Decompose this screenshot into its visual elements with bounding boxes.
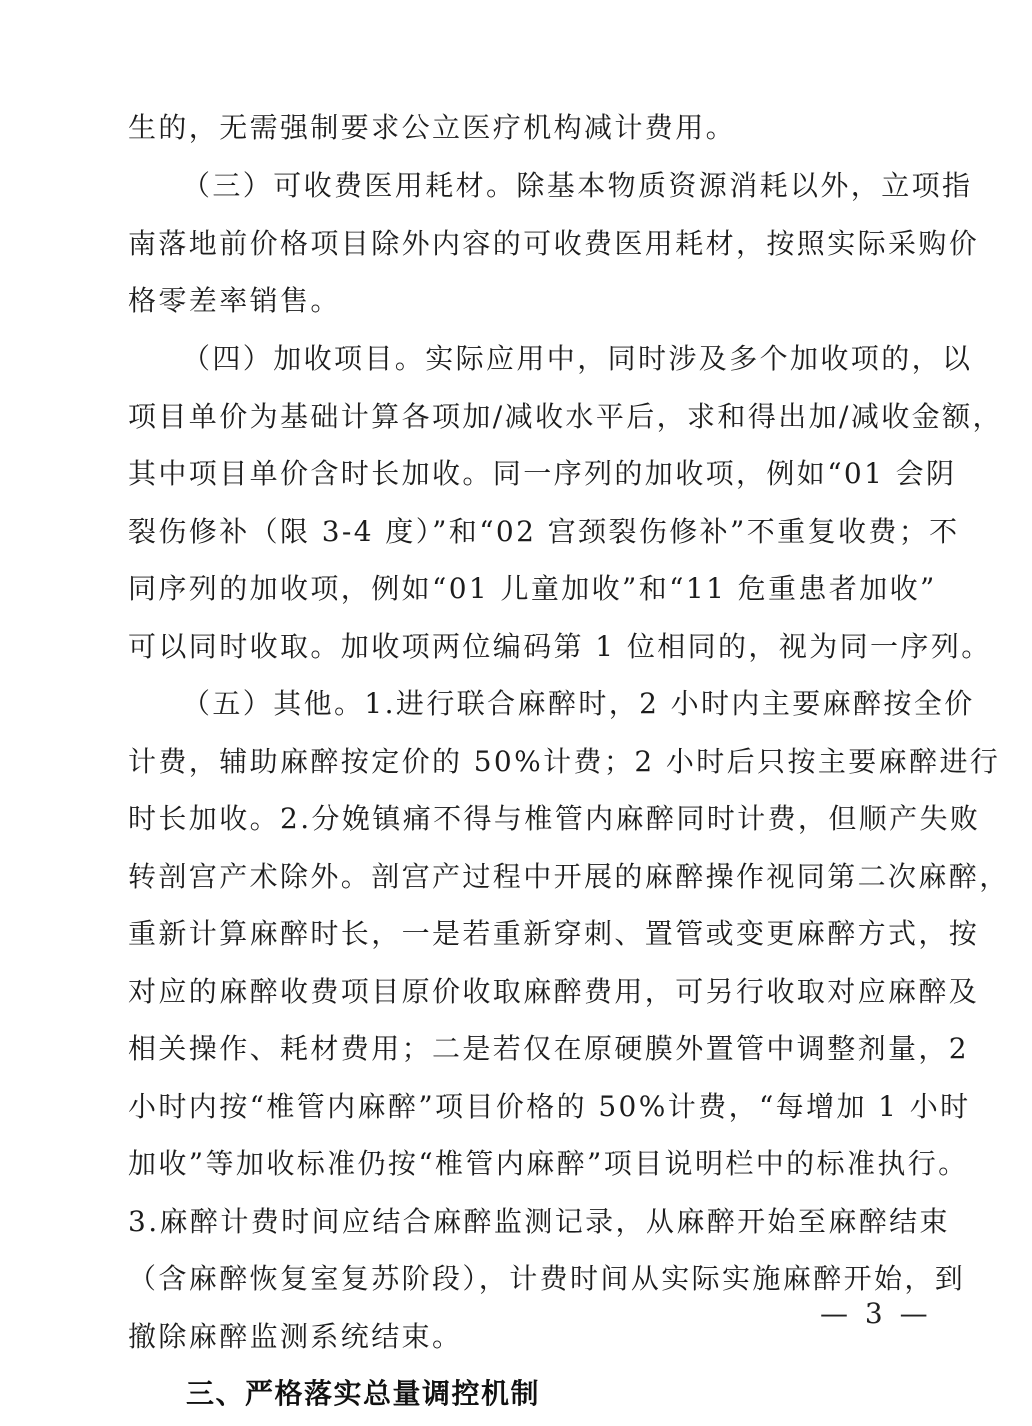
document-page: 生的，无需强制要求公立医疗机构减计费用。 （三）可收费医用耗材。除基本物质资源消…	[0, 0, 1032, 1426]
paragraph-line-item-4-heading: （四）加收项目。实际应用中，同时涉及多个加收项的，以	[182, 337, 982, 381]
paragraph-line: 项目单价为基础计算各项加/减收水平后，求和得出加/减收金额，	[128, 395, 928, 439]
paragraph-line: 撤除麻醉监测系统结束。	[128, 1315, 928, 1359]
paragraph-line: 加收”等加收标准仍按“椎管内麻醉”项目说明栏中的标准执行。	[128, 1142, 928, 1186]
paragraph-line: 计费，辅助麻醉按定价的 50%计费；2 小时后只按主要麻醉进行	[128, 740, 928, 784]
paragraph-line: 南落地前价格项目除外内容的可收费医用耗材，按照实际采购价	[128, 222, 928, 266]
paragraph-line: 小时内按“椎管内麻醉”项目价格的 50%计费，“每增加 1 小时	[128, 1085, 928, 1129]
paragraph-line: 转剖宫产术除外。剖宫产过程中开展的麻醉操作视同第二次麻醉，	[128, 855, 928, 899]
paragraph-line: 生的，无需强制要求公立医疗机构减计费用。	[128, 106, 928, 150]
paragraph-line: （含麻醉恢复室复苏阶段），计费时间从实际实施麻醉开始，到	[128, 1257, 928, 1301]
paragraph-line: 3.麻醉计费时间应结合麻醉监测记录，从麻醉开始至麻醉结束	[128, 1200, 928, 1244]
section-heading: 三、严格落实总量调控机制	[186, 1372, 540, 1416]
paragraph-line: 相关操作、耗材费用；二是若仅在原硬膜外置管中调整剂量，2	[128, 1027, 928, 1071]
paragraph-line: 重新计算麻醉时长，一是若重新穿刺、置管或变更麻醉方式，按	[128, 912, 928, 956]
paragraph-line: 对应的麻醉收费项目原价收取麻醉费用，可另行收取对应麻醉及	[128, 970, 928, 1014]
paragraph-line: 其中项目单价含时长加收。同一序列的加收项，例如“01 会阴	[128, 452, 928, 496]
paragraph-line: 同序列的加收项，例如“01 儿童加收”和“11 危重患者加收”	[128, 567, 928, 611]
page-number: — 3 —	[820, 1294, 932, 1334]
paragraph-line: 裂伤修补（限 3-4 度）”和“02 宫颈裂伤修补”不重复收费；不	[128, 510, 928, 554]
paragraph-line-item-3-heading: （三）可收费医用耗材。除基本物质资源消耗以外，立项指	[182, 164, 982, 208]
paragraph-line: 格零差率销售。	[128, 279, 928, 323]
paragraph-line: 可以同时收取。加收项两位编码第 1 位相同的，视为同一序列。	[128, 625, 928, 669]
paragraph-line: 时长加收。2.分娩镇痛不得与椎管内麻醉同时计费，但顺产失败	[128, 797, 928, 841]
paragraph-line-item-5-heading: （五）其他。1.进行联合麻醉时，2 小时内主要麻醉按全价	[182, 682, 982, 726]
